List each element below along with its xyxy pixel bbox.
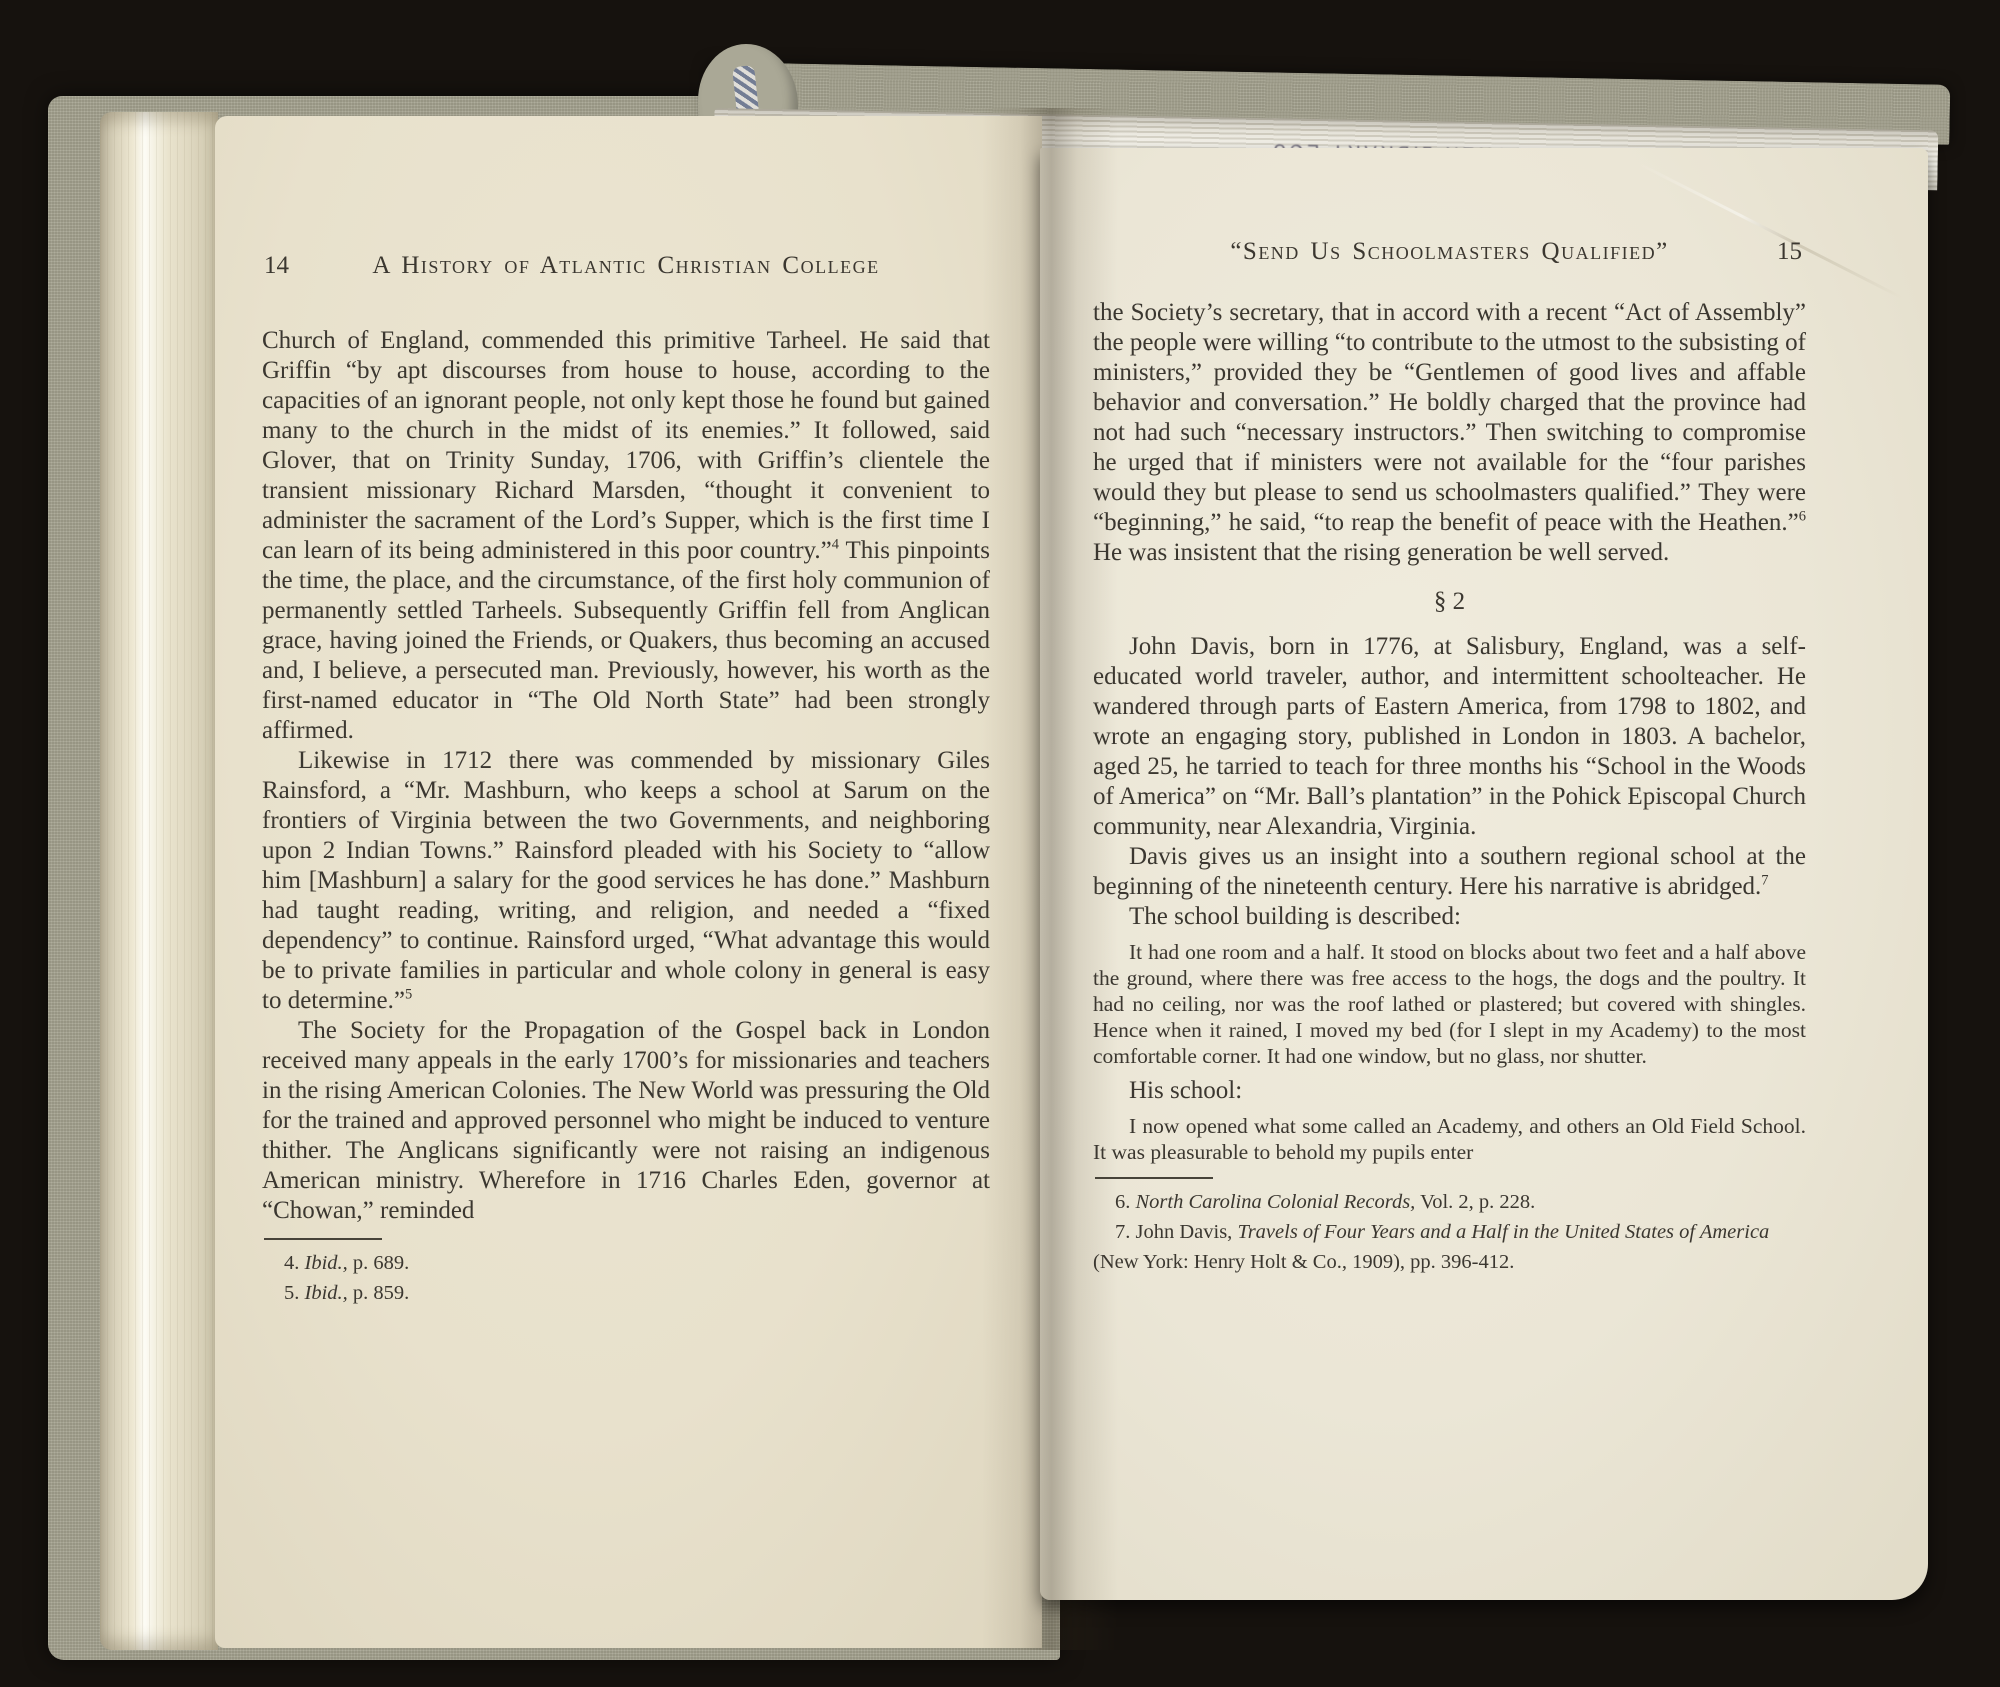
paragraph: John Davis, born in 1776, at Salisbury, … [1093, 632, 1806, 842]
footnote-rule-right [1095, 1177, 1213, 1179]
right-footnotes: 6. North Carolina Colonial Records, Vol.… [1093, 1187, 1806, 1277]
left-footnotes: 4. Ibid., p. 689.5. Ibid., p. 859. [262, 1248, 990, 1308]
paragraph: I now opened what some called an Academy… [1093, 1113, 1806, 1165]
footnote: 6. North Carolina Colonial Records, Vol.… [1093, 1187, 1806, 1217]
section-heading: § 2 [1093, 588, 1806, 616]
left-page-number: 14 [264, 252, 289, 280]
paragraph: The school building is described: [1093, 902, 1806, 932]
right-body-top: the Society’s secretary, that in accord … [1093, 298, 1806, 568]
paragraph: Likewise in 1712 there was commended by … [262, 746, 990, 1016]
right-running-header: “Send Us Schoolmasters Qualified” 15 [1093, 238, 1806, 272]
paragraph: the Society’s secretary, that in accord … [1093, 298, 1806, 568]
left-page-text: 14 A History of Atlantic Christian Colle… [262, 252, 990, 1308]
paragraph: It had one room and a half. It stood on … [1093, 939, 1806, 1069]
left-running-title: A History of Atlantic Christian College [262, 252, 990, 280]
right-body-bottom: John Davis, born in 1776, at Salisbury, … [1093, 632, 1806, 1165]
right-running-title: “Send Us Schoolmasters Qualified” [1093, 238, 1806, 266]
right-page-text: “Send Us Schoolmasters Qualified” 15 the… [1093, 238, 1806, 1277]
footnote: 4. Ibid., p. 689. [262, 1248, 990, 1278]
footnote-rule-left [264, 1238, 382, 1240]
paragraph: Davis gives us an insight into a souther… [1093, 842, 1806, 902]
paragraph: His school: [1093, 1076, 1806, 1106]
footnote: 7. John Davis, Travels of Four Years and… [1093, 1217, 1806, 1277]
paragraph: The Society for the Propagation of the G… [262, 1016, 990, 1226]
footnote: 5. Ibid., p. 859. [262, 1278, 990, 1308]
left-body-text: Church of England, commended this primit… [262, 326, 990, 1226]
right-page-number: 15 [1777, 238, 1802, 266]
page-edges-left [100, 112, 218, 1650]
left-running-header: 14 A History of Atlantic Christian Colle… [262, 252, 990, 286]
paragraph: Church of England, commended this primit… [262, 326, 990, 746]
